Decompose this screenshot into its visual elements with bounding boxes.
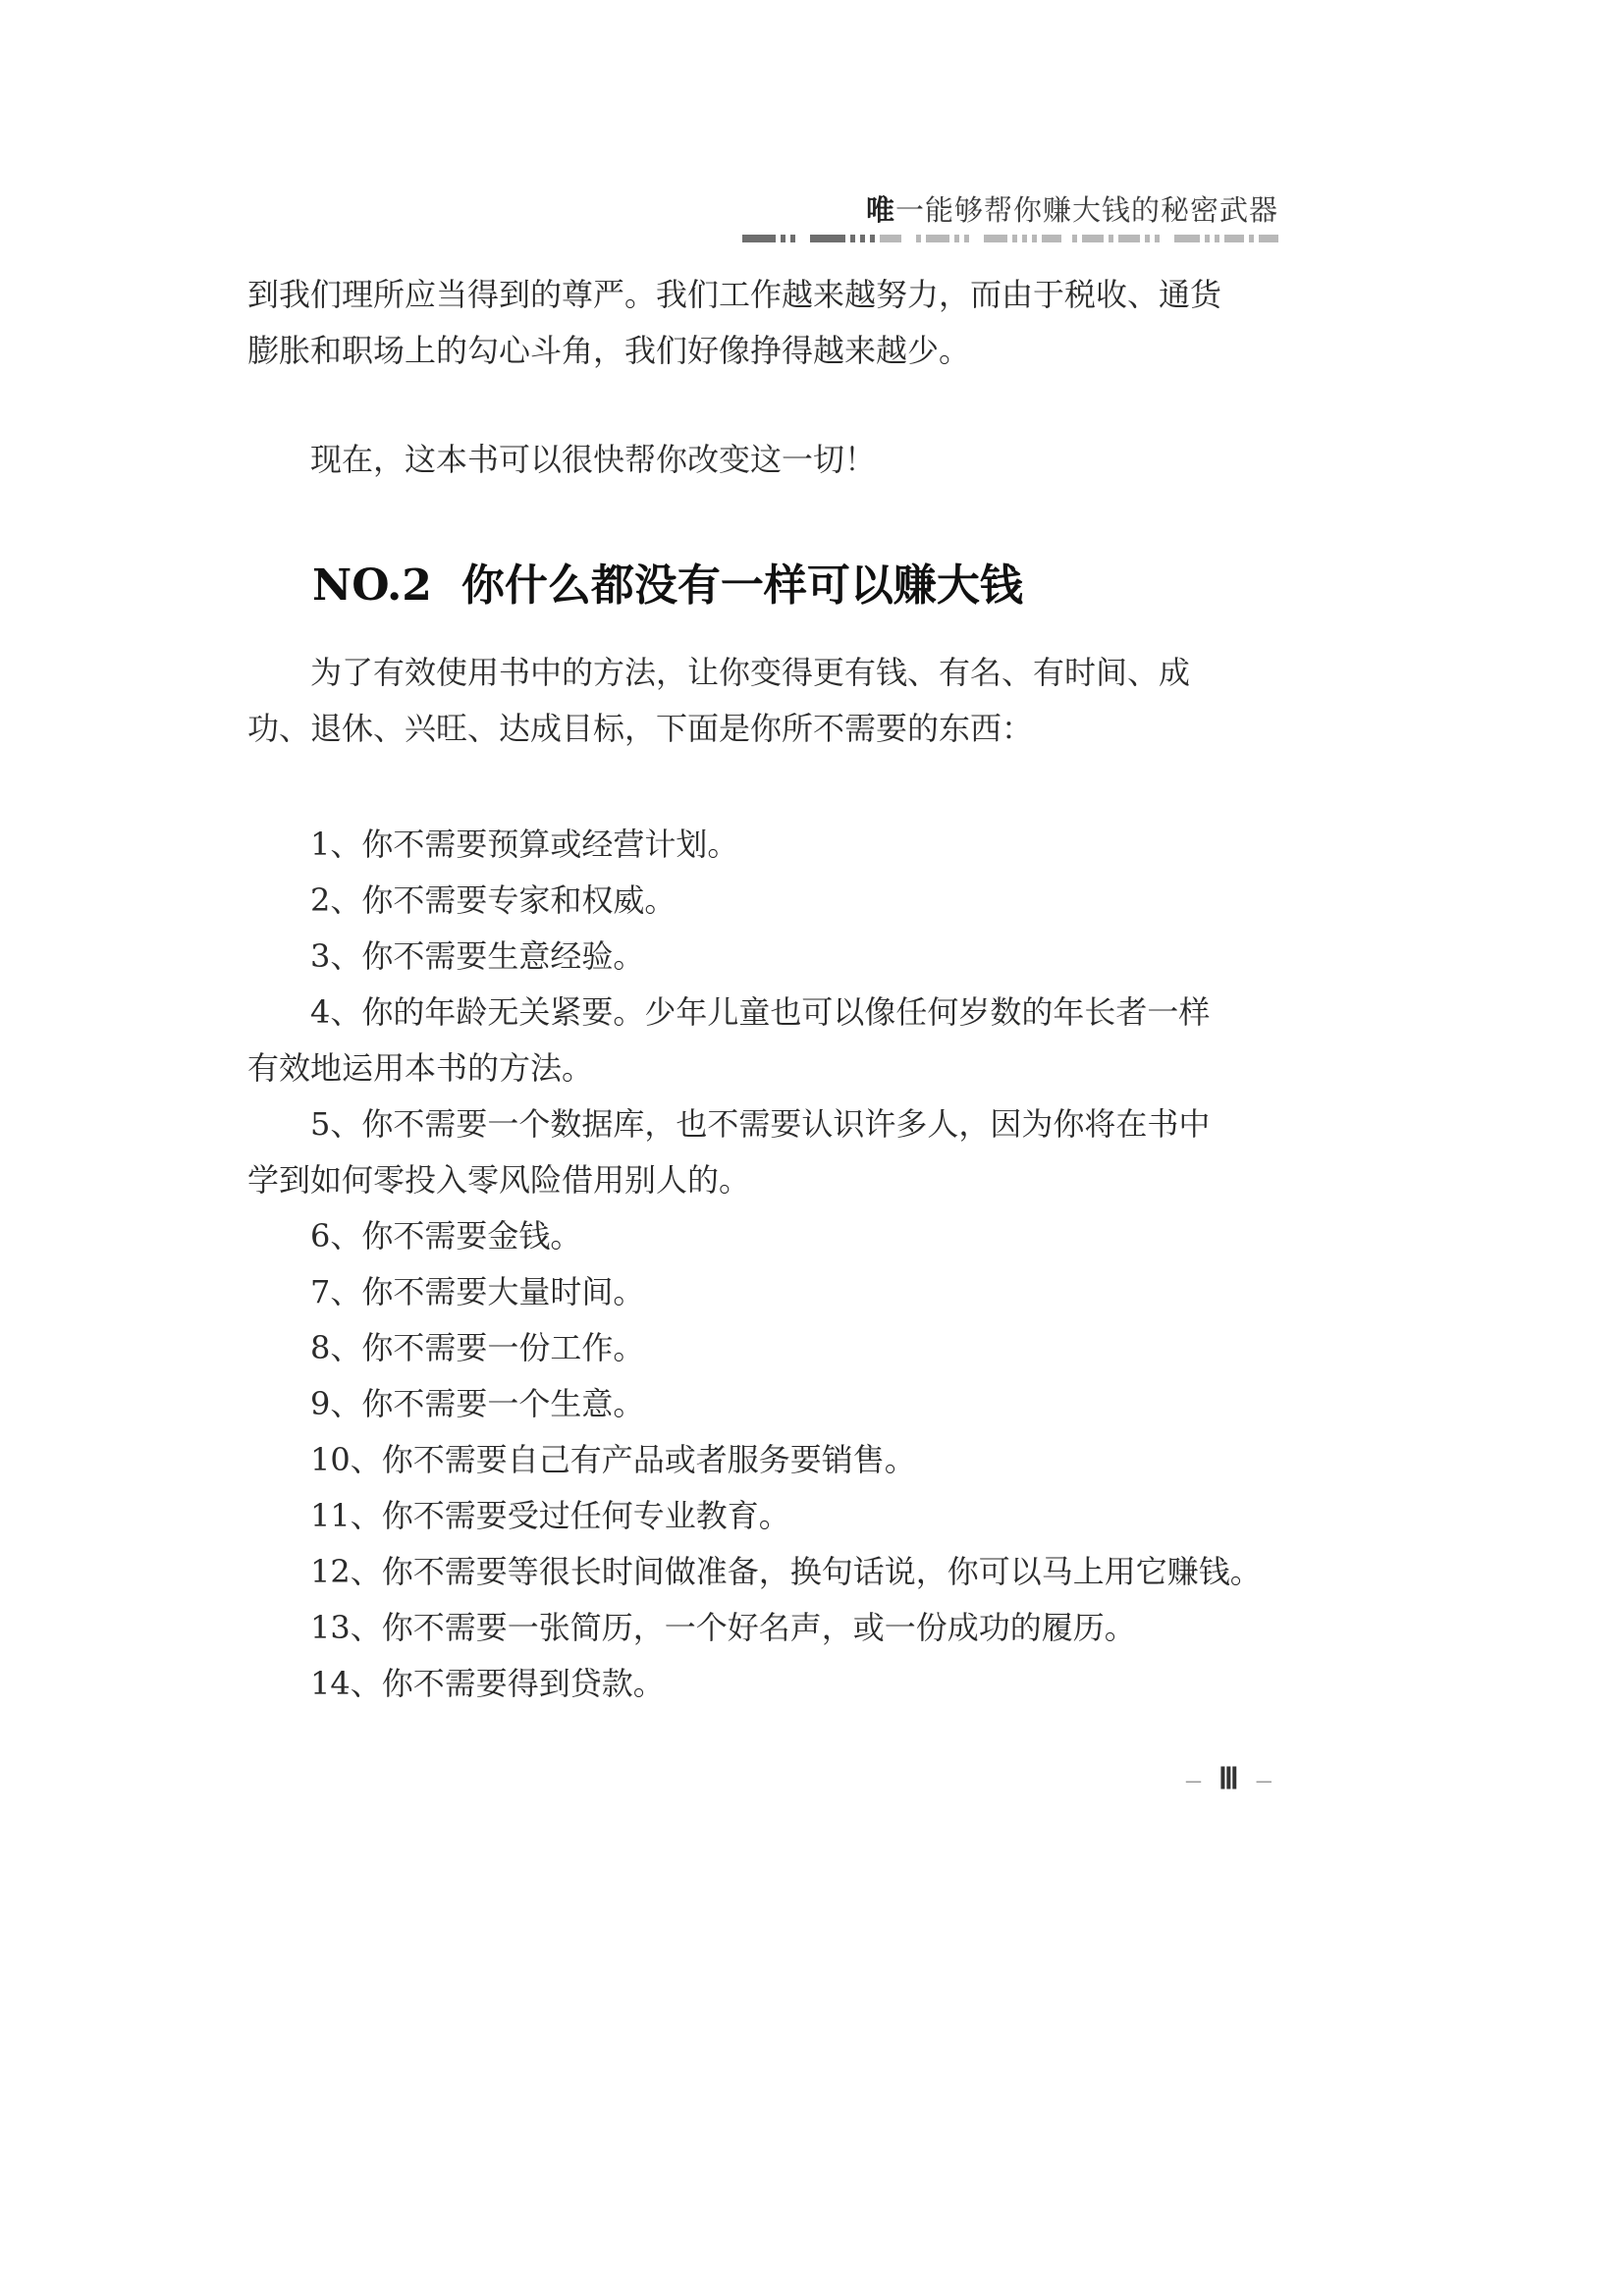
requirements-list: 1、你不需要预算或经营计划。 2、你不需要专家和权威。 3、你不需要生意经验。 … (247, 816, 1276, 1711)
list-item: 14、你不需要得到贷款。 (247, 1655, 1276, 1711)
intro-line: 到我们理所应当得到的尊严。我们工作越来越努力，而由于税收、通货 (247, 267, 1276, 323)
list-item: 11、你不需要受过任何专业教育。 (247, 1487, 1276, 1543)
header-dash-rule (742, 235, 1278, 242)
page-number-value: Ⅲ (1218, 1763, 1239, 1795)
page-number-dash-right: – (1257, 1763, 1272, 1795)
running-header-title: 唯一能够帮你赚大钱的秘密武器 (742, 188, 1278, 229)
intro-closing-line: 现在，这本书可以很快帮你改变这一切！ (247, 432, 1276, 488)
intro-line: 膨胀和职场上的勾心斗角，我们好像挣得越来越少。 (247, 323, 1276, 379)
list-item: 12、你不需要等很长时间做准备，换句话说，你可以马上用它赚钱。 (247, 1543, 1276, 1599)
book-page: 唯一能够帮你赚大钱的秘密武器 到我们理所应当得到的尊严。我们工作越来越努力，而由… (0, 0, 1624, 2296)
section-heading: NO.2你什么都没有一样可以赚大钱 (312, 550, 1023, 613)
section-number: NO.2 (312, 561, 432, 611)
list-item: 10、你不需要自己有产品或者服务要销售。 (247, 1431, 1276, 1487)
section-title: 你什么都没有一样可以赚大钱 (461, 561, 1023, 611)
running-header: 唯一能够帮你赚大钱的秘密武器 (742, 188, 1278, 242)
intro-paragraph: 到我们理所应当得到的尊严。我们工作越来越努力，而由于税收、通货 膨胀和职场上的勾… (247, 267, 1276, 379)
intro-closing-paragraph: 现在，这本书可以很快帮你改变这一切！ (247, 432, 1276, 488)
list-item-continuation: 学到如何零投入零风险借用别人的。 (247, 1151, 1276, 1207)
lead-line: 为了有效使用书中的方法，让你变得更有钱、有名、有时间、成 (247, 645, 1276, 701)
page-number: –Ⅲ– (1186, 1762, 1272, 1796)
list-item: 7、你不需要大量时间。 (247, 1263, 1276, 1319)
list-item: 6、你不需要金钱。 (247, 1207, 1276, 1263)
list-item: 9、你不需要一个生意。 (247, 1375, 1276, 1431)
page-number-dash-left: – (1186, 1763, 1201, 1795)
list-item: 1、你不需要预算或经营计划。 (247, 816, 1276, 872)
list-item: 4、你的年龄无关紧要。少年儿童也可以像任何岁数的年长者一样 (247, 984, 1276, 1040)
list-item: 3、你不需要生意经验。 (247, 928, 1276, 984)
running-header-title-first-char: 唯 (866, 193, 895, 227)
section-lead-paragraph: 为了有效使用书中的方法，让你变得更有钱、有名、有时间、成 功、退休、兴旺、达成目… (247, 645, 1276, 757)
list-item-continuation: 有效地运用本书的方法。 (247, 1040, 1276, 1095)
lead-line: 功、退休、兴旺、达成目标，下面是你所不需要的东西： (247, 701, 1276, 757)
list-item: 5、你不需要一个数据库，也不需要认识许多人，因为你将在书中 (247, 1095, 1276, 1151)
list-item: 13、你不需要一张简历，一个好名声，或一份成功的履历。 (247, 1599, 1276, 1655)
list-item: 8、你不需要一份工作。 (247, 1319, 1276, 1375)
running-header-title-rest: 一能够帮你赚大钱的秘密武器 (895, 193, 1278, 227)
list-item: 2、你不需要专家和权威。 (247, 872, 1276, 928)
